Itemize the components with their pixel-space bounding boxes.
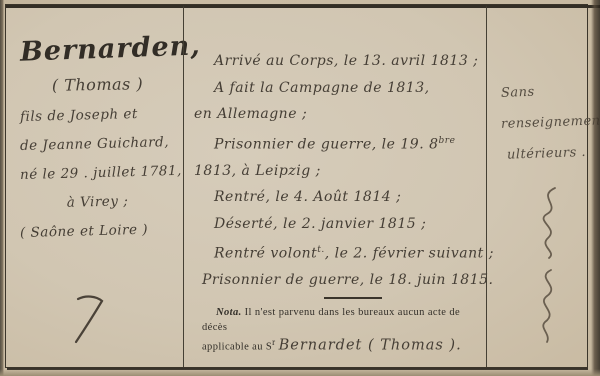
no-info-line-1: Sans <box>500 74 600 109</box>
filiation-line-1: fils de Joseph et <box>20 105 175 125</box>
service-record-column: Arrivé au Corps, le 13. avril 1813 ; A f… <box>183 5 486 367</box>
record-line-2: A fait la Campagne de 1813, <box>194 75 480 102</box>
nota-line-2: applicable au Sr Bernardet ( Thomas ). <box>202 335 476 355</box>
nota-handwritten-name: Bernardet ( Thomas ). <box>279 338 462 354</box>
record-line-6: Rentré, le 4. Août 1814 ; <box>194 184 480 211</box>
record-line-7: Déserté, le 2. janvier 1815 ; <box>194 211 480 238</box>
squiggle-flourish-icon <box>531 186 565 350</box>
record-line-9: Prisonnier de guerre, le 18. juin 1815. <box>194 267 480 294</box>
surname-text: Bernarden, <box>20 31 176 67</box>
nota-line-1: Nota. Il n'est parvenu dans les bureaux … <box>202 305 476 335</box>
scan-edge-right <box>591 0 600 376</box>
scan-edge-bottom <box>0 369 600 376</box>
scanned-register-page: Bernarden, ( Thomas ) fils de Joseph et … <box>0 0 600 376</box>
record-line-8: Rentré volontt., le 2. février suivant ; <box>194 237 480 267</box>
pen-flourish-icon <box>64 293 110 349</box>
scan-edge-left <box>0 0 4 376</box>
later-info-column: Sans renseignemens ultérieurs . <box>486 5 600 367</box>
birthdate-line: né le 29 . juillet 1781, <box>20 163 175 183</box>
firstname-text: ( Thomas ) <box>20 74 175 96</box>
record-line-1: Arrivé au Corps, le 13. avril 1813 ; <box>194 48 480 75</box>
department-line: ( Saône et Loire ) <box>20 221 175 241</box>
no-info-line-2: renseignemens <box>500 105 600 140</box>
identity-column: Bernarden, ( Thomas ) fils de Joseph et … <box>6 5 183 367</box>
nota-printed-block: Nota. Il n'est parvenu dans les bureaux … <box>194 305 480 355</box>
record-line-5: 1813, à Leipzig ; <box>194 158 480 185</box>
no-info-line-3: ultérieurs . <box>500 136 600 171</box>
record-line-3: en Allemagne ; <box>194 101 480 128</box>
record-line-4: Prisonnier de guerre, le 19. 8bre <box>194 128 480 158</box>
register-table: Bernarden, ( Thomas ) fils de Joseph et … <box>5 4 588 368</box>
filiation-line-2: de Jeanne Guichard, <box>20 134 175 154</box>
birthplace-line: à Virey ; <box>20 192 175 212</box>
underline-flourish <box>324 297 382 300</box>
nota-label: Nota. <box>216 307 242 318</box>
